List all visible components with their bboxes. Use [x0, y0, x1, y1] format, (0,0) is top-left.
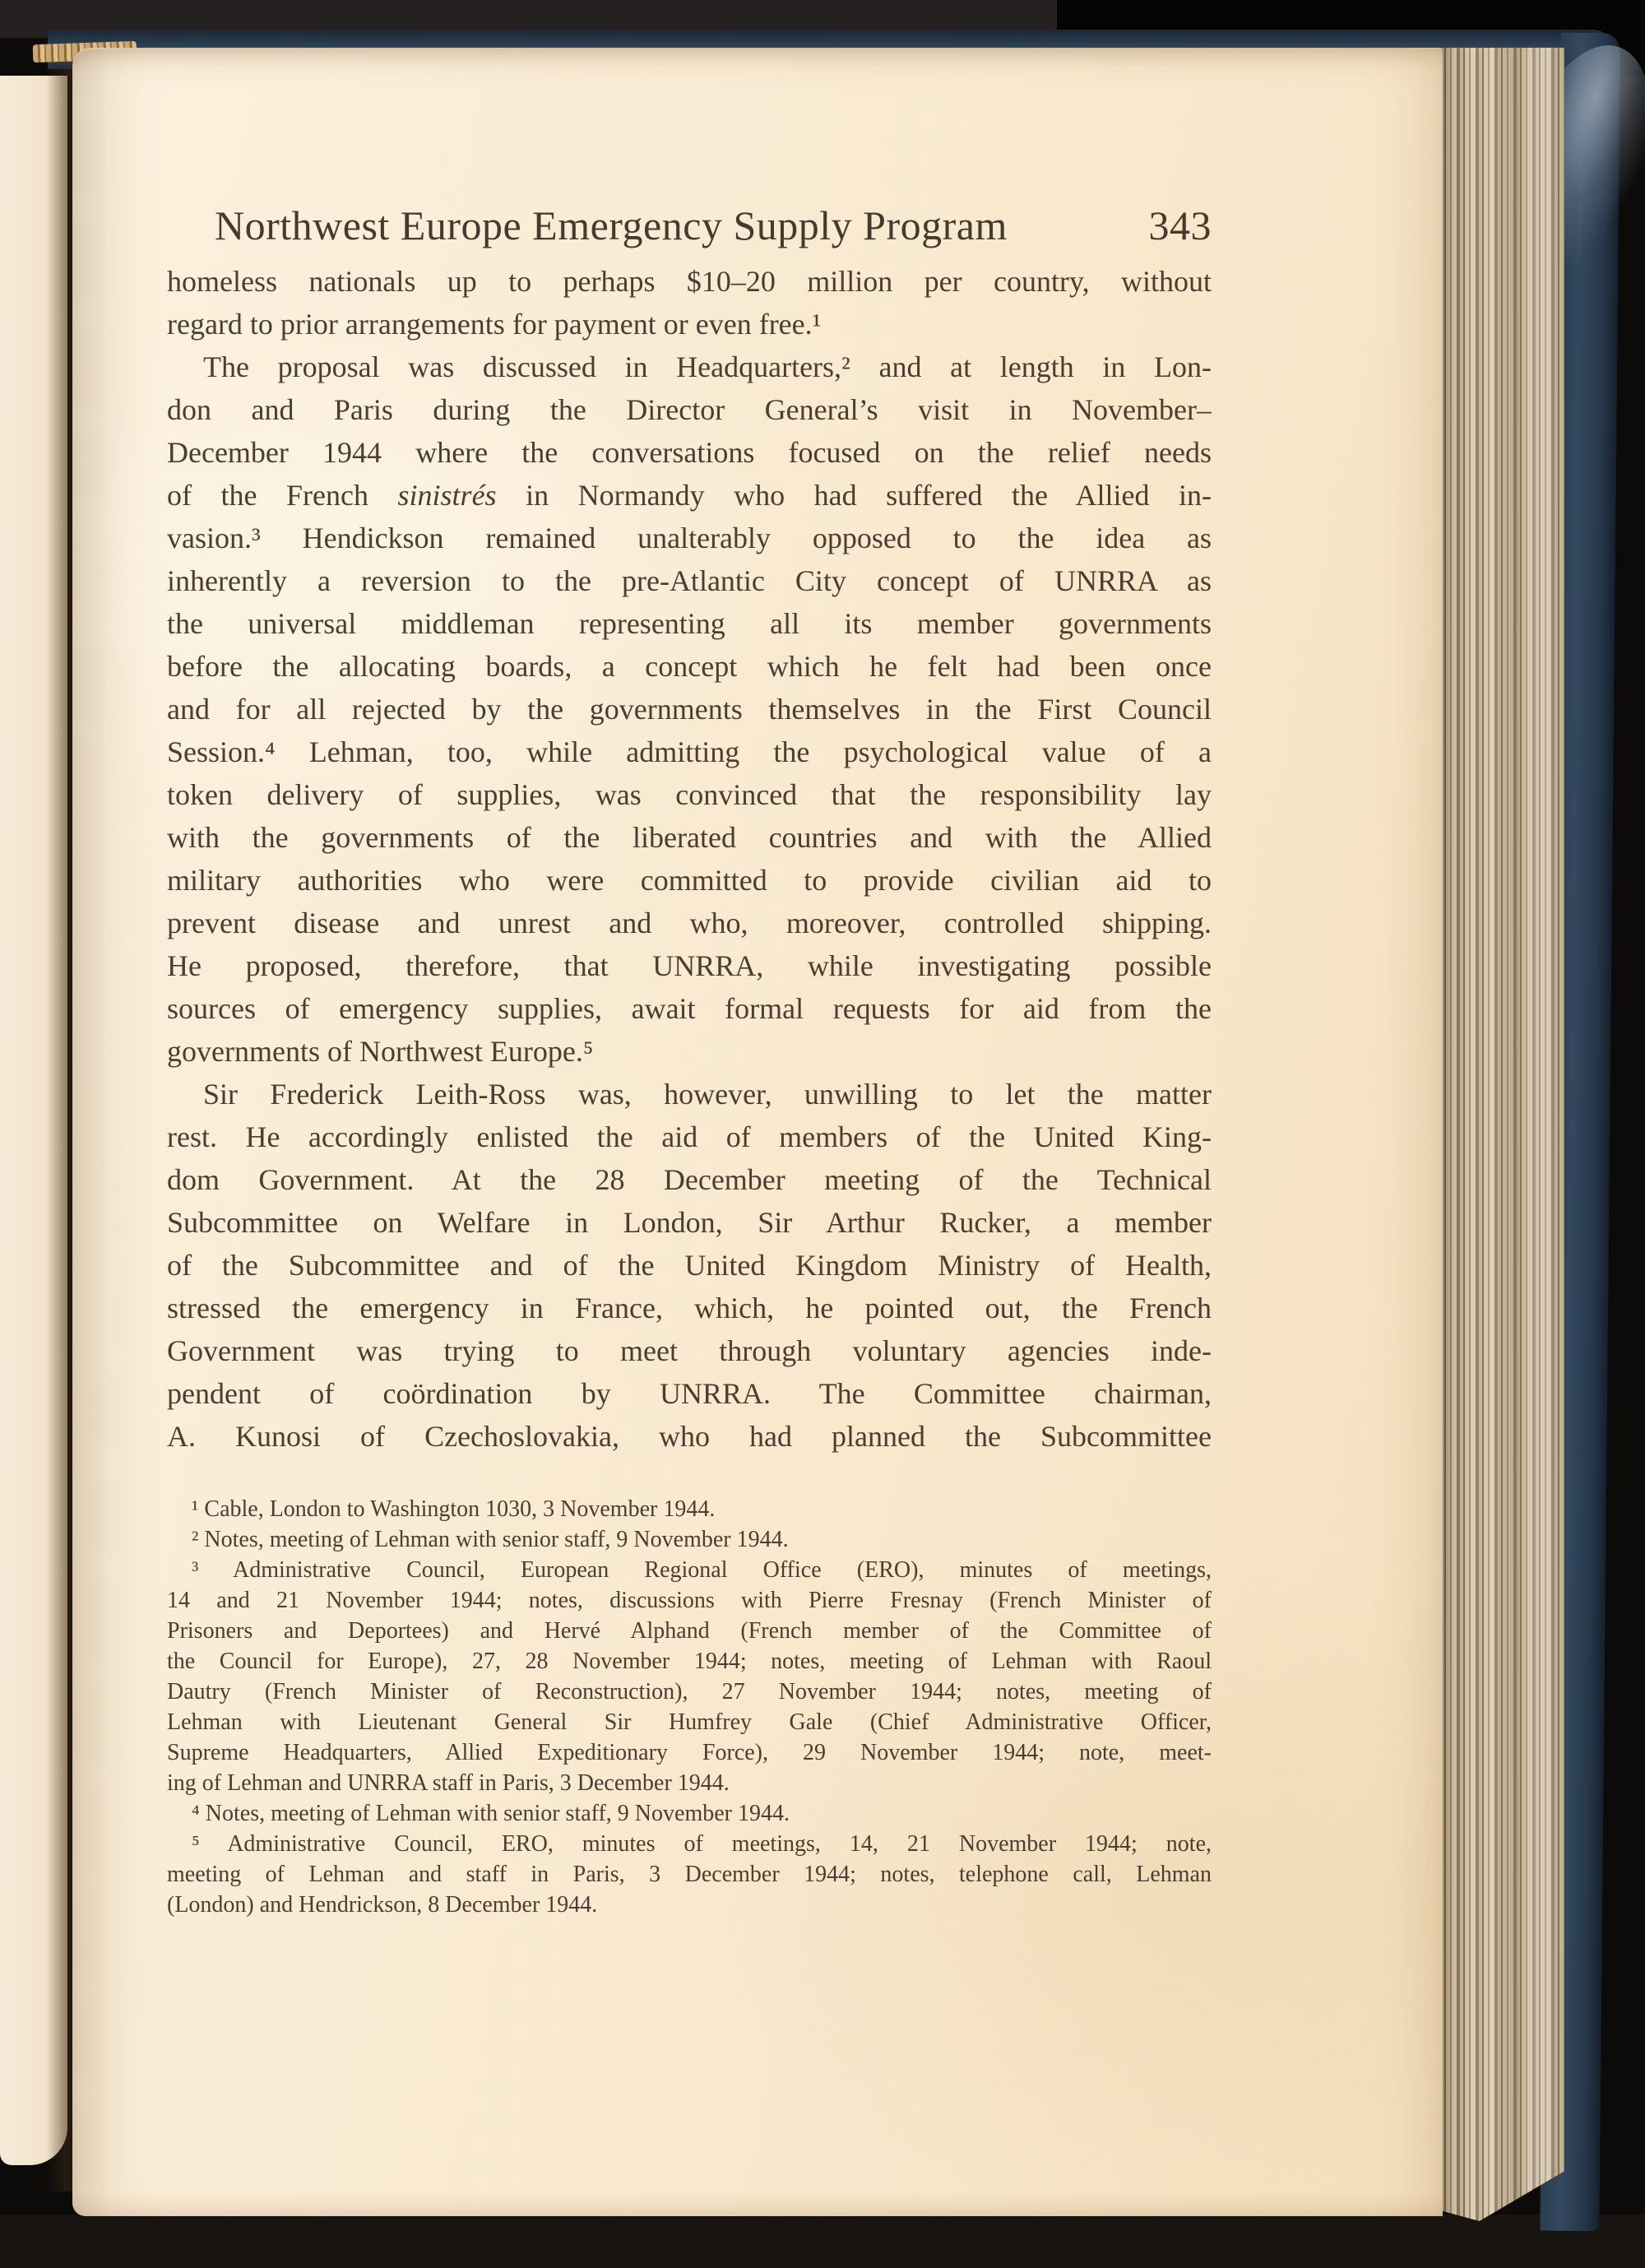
running-head: Northwest Europe Emergency Supply Progra…	[167, 201, 1212, 250]
footnote-line: 14 and 21 November 1944; notes, discussi…	[167, 1585, 1212, 1616]
body-line: The proposal was discussed in Headquarte…	[167, 346, 1212, 388]
body-line: December 1944 where the conversations fo…	[167, 431, 1212, 474]
body-line: governments of Northwest Europe.⁵	[167, 1030, 1212, 1073]
body-text: homeless nationals up to perhaps $10–20 …	[167, 260, 1212, 1458]
footnote-line: meeting of Lehman and staff in Paris, 3 …	[167, 1859, 1212, 1890]
body-line: He proposed, therefore, that UNRRA, whil…	[167, 944, 1212, 987]
body-line: A. Kunosi of Czechoslovakia, who had pla…	[167, 1415, 1212, 1458]
body-line: Sir Frederick Leith-Ross was, however, u…	[167, 1073, 1212, 1115]
body-line: Session.⁴ Lehman, too, while admitting t…	[167, 730, 1212, 773]
footnote-line: ⁵ Administrative Council, ERO, minutes o…	[167, 1829, 1212, 1859]
photo-of-open-book: { "book": { "header": { "title": "Northw…	[0, 0, 1645, 2268]
body-line: prevent disease and unrest and who, more…	[167, 902, 1212, 944]
body-line: vasion.³ Hendickson remained unalterably…	[167, 517, 1212, 559]
footnote-line: the Council for Europe), 27, 28 November…	[167, 1646, 1212, 1677]
body-line: inherently a reversion to the pre-Atlant…	[167, 559, 1212, 602]
body-line: military authorities who were committed …	[167, 859, 1212, 902]
footnote-line: ing of Lehman and UNRRA staff in Paris, …	[167, 1768, 1212, 1798]
footnote-line: (London) and Hendrickson, 8 December 194…	[167, 1890, 1212, 1920]
footnote-line: ⁴ Notes, meeting of Lehman with senior s…	[167, 1798, 1212, 1829]
body-line: Government was trying to meet through vo…	[167, 1329, 1212, 1372]
running-head-title: Northwest Europe Emergency Supply Progra…	[215, 201, 1008, 250]
footnotes: ¹ Cable, London to Washington 1030, 3 No…	[167, 1494, 1212, 1920]
body-line: rest. He accordingly enlisted the aid of…	[167, 1115, 1212, 1158]
footnote-line: Supreme Headquarters, Allied Expeditiona…	[167, 1737, 1212, 1768]
body-line: the universal middleman representing all…	[167, 602, 1212, 645]
body-line: with the governments of the liberated co…	[167, 816, 1212, 859]
body-line: of the Subcommittee and of the United Ki…	[167, 1244, 1212, 1287]
footnote-line: ¹ Cable, London to Washington 1030, 3 No…	[167, 1494, 1212, 1524]
text-fragment: of the French	[167, 479, 398, 512]
page-edge-stack	[1439, 48, 1564, 2221]
footnote-line: Prisoners and Deportees) and Hervé Alpha…	[167, 1616, 1212, 1646]
body-line: dom Government. At the 28 December meeti…	[167, 1158, 1212, 1201]
body-line: before the allocating boards, a concept …	[167, 645, 1212, 688]
body-line: Subcommittee on Welfare in London, Sir A…	[167, 1201, 1212, 1244]
body-line: stressed the emergency in France, which,…	[167, 1287, 1212, 1329]
body-line: token delivery of supplies, was convince…	[167, 773, 1212, 816]
book-page: Northwest Europe Emergency Supply Progra…	[72, 48, 1443, 2216]
footnote-line: Dautry (French Minister of Reconstructio…	[167, 1677, 1212, 1707]
body-line: and for all rejected by the governments …	[167, 688, 1212, 730]
body-line: don and Paris during the Director Genera…	[167, 388, 1212, 431]
page-number: 343	[1149, 201, 1212, 250]
backdrop-bottom-strip	[0, 2215, 1645, 2268]
footnote-line: ³ Administrative Council, European Regio…	[167, 1555, 1212, 1585]
body-line: of the French sinistrés in Normandy who …	[167, 474, 1212, 517]
footnote-line: ² Notes, meeting of Lehman with senior s…	[167, 1524, 1212, 1555]
body-line: homeless nationals up to perhaps $10–20 …	[167, 260, 1212, 303]
text-fragment: in Normandy who had suffered the Allied …	[497, 479, 1212, 512]
body-line: sources of emergency supplies, await for…	[167, 987, 1212, 1030]
italic-word: sinistrés	[398, 479, 497, 512]
footnote-line: Lehman with Lieutenant General Sir Humfr…	[167, 1707, 1212, 1737]
body-line: regard to prior arrangements for payment…	[167, 303, 1212, 346]
body-line: pendent of coördination by UNRRA. The Co…	[167, 1372, 1212, 1415]
